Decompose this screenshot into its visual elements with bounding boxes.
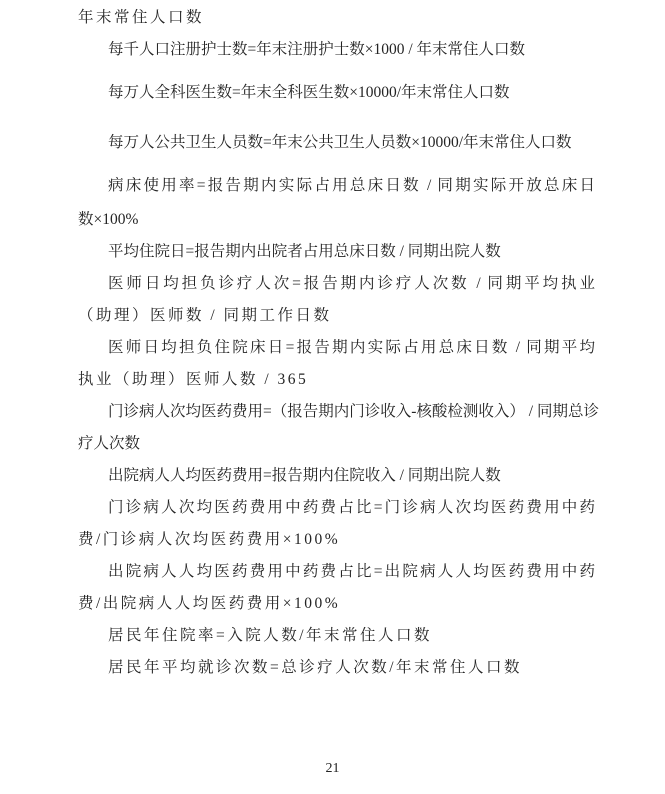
- document-line: 每万人公共卫生人员数=年末公共卫生人员数×10000/年末常住人口数: [78, 127, 595, 159]
- document-line: 年末常住人口数: [78, 2, 595, 34]
- document-line: 出院病人人均医药费用中药费占比=出院病人人均医药费用中药: [78, 556, 595, 588]
- document-line: （助理）医师数 / 同期工作日数: [78, 300, 595, 332]
- document-line: 居民年平均就诊次数=总诊疗人次数/年末常住人口数: [78, 652, 595, 684]
- document-line: 居民年住院率=入院人数/年末常住人口数: [78, 620, 595, 652]
- document-page: 年末常住人口数每千人口注册护士数=年末注册护士数×1000 / 年末常住人口数每…: [0, 0, 665, 794]
- document-line: 每千人口注册护士数=年末注册护士数×1000 / 年末常住人口数: [78, 34, 595, 66]
- document-line: 医师日均担负住院床日=报告期内实际占用总床日数 / 同期平均: [78, 332, 595, 364]
- document-line: 医师日均担负诊疗人次=报告期内诊疗人次数 / 同期平均执业: [78, 268, 595, 300]
- document-line: 费/出院病人人均医药费用×100%: [78, 588, 595, 620]
- document-line: 出院病人人均医药费用=报告期内住院收入 / 同期出院人数: [78, 460, 595, 492]
- page-number: 21: [0, 761, 665, 777]
- document-line: 病床使用率=报告期内实际占用总床日数 / 同期实际开放总床日: [78, 170, 595, 202]
- document-line: 每万人全科医生数=年末全科医生数×10000/年末常住人口数: [78, 77, 595, 109]
- document-body-text: 年末常住人口数每千人口注册护士数=年末注册护士数×1000 / 年末常住人口数每…: [78, 2, 595, 684]
- document-line: 数×100%: [78, 204, 595, 236]
- document-line: 疗人次数: [78, 428, 595, 460]
- document-line: 执业（助理）医师人数 / 365: [78, 364, 595, 396]
- document-line: 门诊病人次均医药费用中药费占比=门诊病人次均医药费用中药: [78, 492, 595, 524]
- document-line: 门诊病人次均医药费用=（报告期内门诊收入-核酸检测收入） / 同期总诊: [78, 396, 595, 428]
- document-line: 平均住院日=报告期内出院者占用总床日数 / 同期出院人数: [78, 236, 595, 268]
- document-line: 费/门诊病人次均医药费用×100%: [78, 524, 595, 556]
